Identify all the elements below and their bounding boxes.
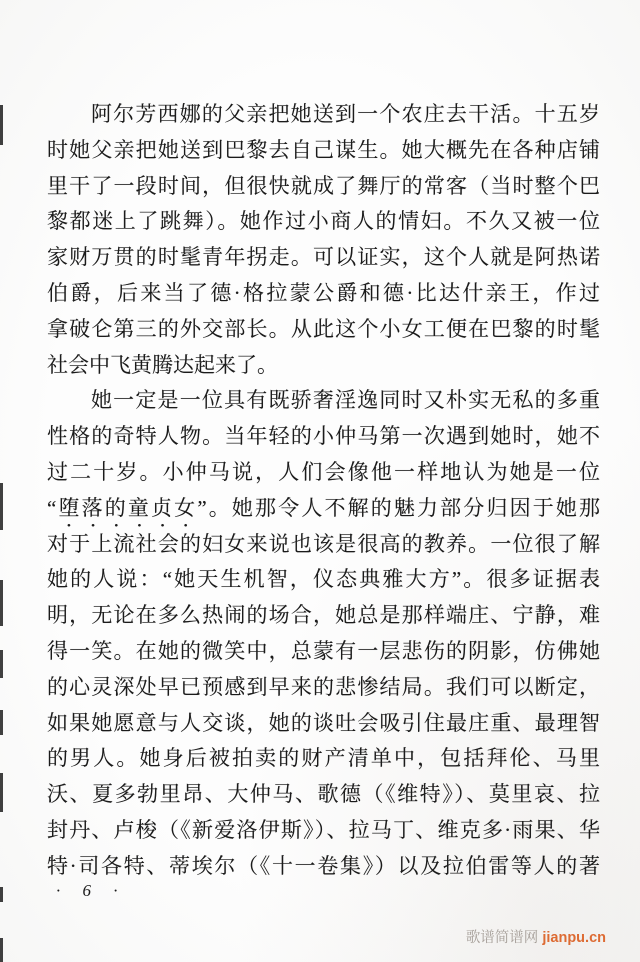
text-line: 拿破仑第三的外交部长。从此这个小女工便在巴黎的时髦 bbox=[47, 312, 600, 348]
text-line: 明，无论在多么热闹的场合，她总是那样端庄、宁静，难 bbox=[47, 598, 600, 634]
text-block: 阿尔芳西娜的父亲把她送到一个农庄去干活。十五岁时她父亲把她送到巴黎去自己谋生。她… bbox=[47, 97, 600, 885]
scan-edge-artifact bbox=[0, 650, 3, 678]
text-line: 过二十岁。小仲马说，人们会像他一样地认为她是一位 bbox=[47, 455, 600, 491]
text-line: “堕落的童贞女”。她那令人不解的魅力部分归因于她那 bbox=[47, 491, 600, 527]
text-line: 阿尔芳西娜的父亲把她送到一个农庄去干活。十五岁 bbox=[47, 97, 600, 133]
text-line: 封丹、卢梭（《新爱洛伊斯》）、拉马丁、维克多·雨果、华 bbox=[47, 813, 600, 849]
line-rest: ”。她那令人不解的魅力部分归因于她那 bbox=[197, 496, 600, 520]
watermark: 歌谱简谱网 jianpu.cn bbox=[466, 929, 606, 947]
text-line: 性格的奇特人物。当年轻的小仲马第一次遇到她时，她不 bbox=[47, 419, 600, 455]
text-line: 沃、夏多勃里昂、大仲马、歌德（《维特》）、莫里哀、拉 bbox=[47, 777, 600, 813]
text-line: 对于上流社会的妇女来说也该是很高的教养。一位很了解 bbox=[47, 527, 600, 563]
scan-edge-artifact bbox=[0, 483, 3, 530]
emphasized-text: 堕落的童贞女 bbox=[56, 496, 197, 520]
text-line: 里干了一段时间，但很快就成了舞厅的常客（当时整个巴 bbox=[47, 169, 600, 205]
text-line: 得一笑。在她的微笑中，总蒙有一层悲伤的阴影，仿佛她 bbox=[47, 634, 600, 670]
scanned-book-page: 阿尔芳西娜的父亲把她送到一个农庄去干活。十五岁时她父亲把她送到巴黎去自己谋生。她… bbox=[0, 0, 640, 962]
scan-edge-artifact bbox=[0, 580, 3, 626]
text-line: 黎都迷上了跳舞）。她作过小商人的情妇。不久又被一位 bbox=[47, 204, 600, 240]
text-line: 时她父亲把她送到巴黎去自己谋生。她大概先在各种店铺 bbox=[47, 133, 600, 169]
text-line: 特·司各特、蒂埃尔（《十一卷集》）以及拉伯雷等人的著 bbox=[47, 849, 600, 885]
scan-edge-artifact bbox=[0, 938, 3, 962]
scan-edge-artifact bbox=[0, 710, 3, 735]
watermark-site-name: 歌谱简谱网 bbox=[466, 930, 539, 946]
quote-open: “ bbox=[47, 496, 56, 520]
text-line: 如果她愿意与人交谈，她的谈吐会吸引住最庄重、最理智 bbox=[47, 706, 600, 742]
text-line: 家财万贯的时髦青年拐走。可以证实，这个人就是阿热诺 bbox=[47, 240, 600, 276]
page-number: · 6 · bbox=[56, 880, 120, 902]
text-line: 她一定是一位具有既骄奢淫逸同时又朴实无私的多重 bbox=[47, 383, 600, 419]
scan-edge-artifact bbox=[0, 887, 3, 902]
text-line: 的男人。她身后被拍卖的财产清单中，包括拜伦、马里 bbox=[47, 741, 600, 777]
text-line: 伯爵，后来当了德·格拉蒙公爵和德·比达什亲王，作过 bbox=[47, 276, 600, 312]
watermark-site-url: jianpu.cn bbox=[542, 930, 606, 946]
text-line: 的心灵深处早已预感到早来的悲惨结局。我们可以断定， bbox=[47, 670, 600, 706]
scan-edge-artifact bbox=[0, 105, 3, 145]
text-line: 社会中飞黄腾达起来了。 bbox=[47, 348, 600, 384]
scan-edge-artifact bbox=[0, 773, 3, 812]
text-line: 她的人说：“她天生机智，仪态典雅大方”。很多证据表 bbox=[47, 562, 600, 598]
